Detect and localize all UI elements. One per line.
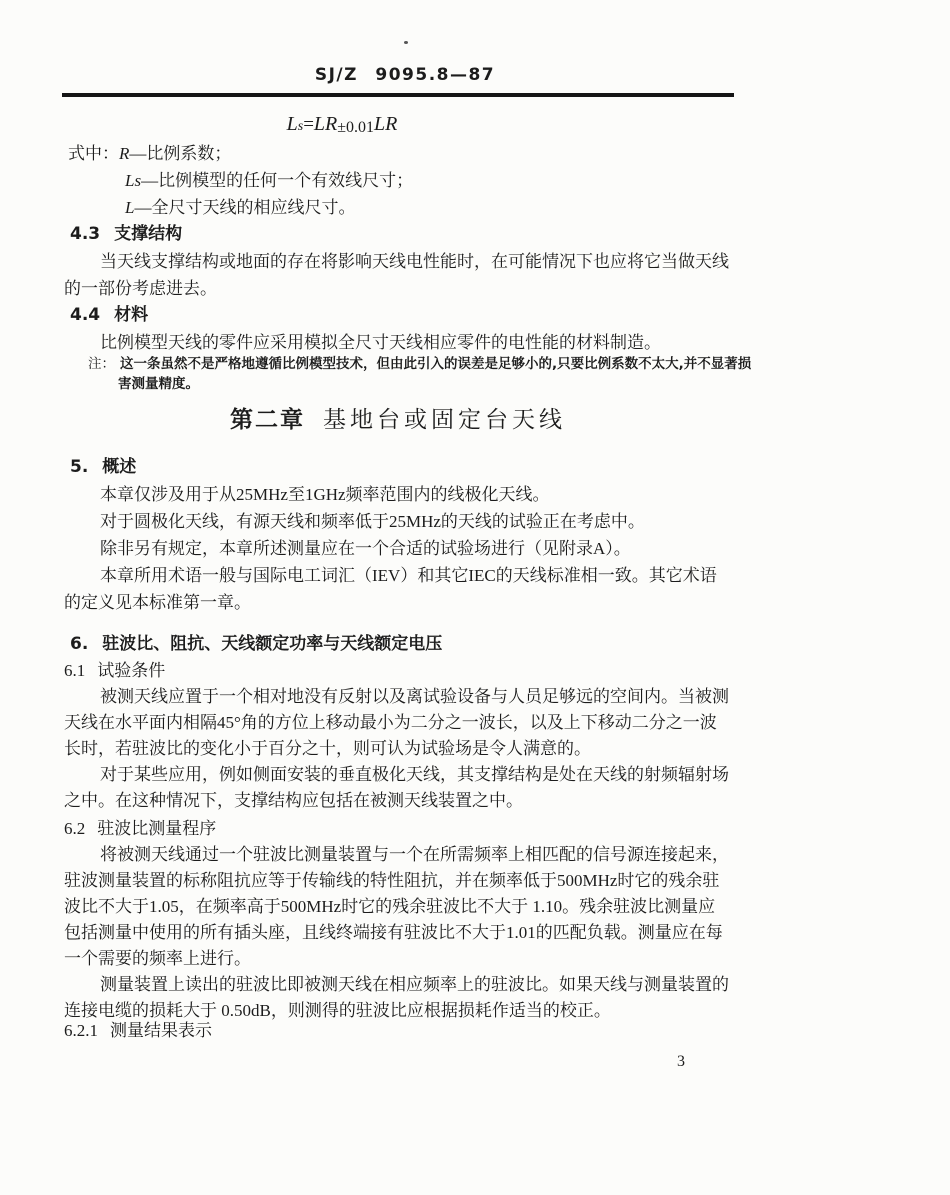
note-line: 注：这一条虽然不是严格地遵循比例模型技术，但由此引入的误差是足够小的,只要比例系… bbox=[88, 354, 950, 374]
section-4-3-paragraph: 当天线支撑结构或地面的存在将影响天线电性能时，在可能情况下也应将它当做天线 的一… bbox=[64, 248, 950, 302]
body-line: 波比不大于1.05，在频率高于500MHz时它的残余驻波比不大于 1.10。残余… bbox=[64, 894, 950, 920]
where-label: 式中： bbox=[68, 144, 119, 163]
page-number: 3 bbox=[677, 1053, 685, 1071]
body-line: 驻波测量装置的标称阻抗应等于传输线的特性阻抗，并在频率低于500MHz时它的残余… bbox=[64, 868, 950, 894]
section-5-paragraphs: 本章仅涉及用于从25MHz至1GHz频率范围内的线极化天线。 对于圆极化天线，有… bbox=[64, 481, 950, 616]
section-title: 材料 bbox=[114, 305, 148, 325]
formula-term-LR: LR bbox=[314, 113, 337, 135]
section-6-1-paragraphs: 被测天线应置于一个相对地没有反射以及离试验设备与人员足够远的空间内。当被测 天线… bbox=[64, 684, 950, 814]
section-heading-4-3: 4.3支撑结构 bbox=[70, 221, 950, 248]
section-number: 6.2.1 bbox=[64, 1021, 98, 1040]
formula-equals: = bbox=[303, 114, 314, 135]
definition-line-Ls: Ls—比例模型的任何一个有效线尺寸； bbox=[125, 167, 950, 194]
section-4-4-paragraph: 比例模型天线的零件应采用模拟全尺寸天线相应零件的电性能的材料制造。 bbox=[64, 329, 950, 356]
section-heading-6-1: 6.1试验条件 bbox=[64, 658, 950, 684]
section-title: 支撑结构 bbox=[114, 224, 182, 244]
body-line: 比例模型天线的零件应采用模拟全尺寸天线相应零件的电性能的材料制造。 bbox=[64, 329, 950, 356]
scaling-formula: Ls=LR±0.01LR bbox=[0, 111, 817, 138]
definition-text: —全尺寸天线的相应线尺寸。 bbox=[134, 198, 355, 217]
body-line: 本章所用术语一般与国际电工词汇（IEV）和其它IEC的天线标准相一致。其它术语 bbox=[64, 562, 950, 589]
body-line: 之中。在这种情况下，支撑结构应包括在被测天线装置之中。 bbox=[64, 788, 950, 814]
body-line: 测量装置上读出的驻波比即被测天线在相应频率上的驻波比。如果天线与测量装置的 bbox=[64, 972, 950, 998]
body-line: 对于某些应用，例如侧面安装的垂直极化天线，其支撑结构是处在天线的射频辐射场 bbox=[64, 762, 950, 788]
section-title: 驻波比测量程序 bbox=[97, 819, 216, 838]
scanned-document-page: SJ/Z 9095.8—87 Ls=LR±0.01LR 式中：R—比例系数； L… bbox=[0, 0, 950, 1195]
note-block: 注：这一条虽然不是严格地遵循比例模型技术，但由此引入的误差是足够小的,只要比例系… bbox=[88, 354, 950, 394]
symbol-Ls: Ls bbox=[125, 171, 141, 190]
body-line: 的定义见本标准第一章。 bbox=[64, 589, 950, 616]
section-number: 6.2 bbox=[64, 819, 85, 838]
symbol-R: R bbox=[119, 144, 129, 163]
formula-var-L: L bbox=[287, 113, 298, 135]
section-heading-6-2: 6.2驻波比测量程序 bbox=[64, 816, 950, 842]
body-line: 对于圆极化天线，有源天线和频率低于25MHz的天线的试验正在考虑中。 bbox=[64, 508, 950, 535]
formula-definitions: 式中：R—比例系数； Ls—比例模型的任何一个有效线尺寸； L—全尺寸天线的相应… bbox=[68, 140, 950, 221]
section-number: 6. bbox=[70, 634, 88, 654]
body-line: 长时，若驻波比的变化小于百分之十，则可认为试验场是令人满意的。 bbox=[64, 736, 950, 762]
chapter-number: 第二章 bbox=[230, 407, 305, 433]
standard-number: SJ/Z 9095.8—87 bbox=[0, 0, 880, 86]
header-rule bbox=[62, 93, 734, 97]
section-heading-6: 6.驻波比、阻抗、天线额定功率与天线额定电压 bbox=[70, 631, 950, 658]
section-heading-4-4: 4.4材料 bbox=[70, 302, 950, 329]
body-line: 除非另有规定，本章所述测量应在一个合适的试验场进行（见附录A）。 bbox=[64, 535, 950, 562]
definition-text: —比例系数； bbox=[129, 144, 231, 163]
body-line: 的一部份考虑进去。 bbox=[64, 275, 950, 302]
body-line: 本章仅涉及用于从25MHz至1GHz频率范围内的线极化天线。 bbox=[64, 481, 950, 508]
section-number: 5. bbox=[70, 457, 88, 477]
section-number: 6.1 bbox=[64, 661, 85, 680]
formula-term-LR-2: LR bbox=[374, 113, 397, 135]
definition-text: —比例模型的任何一个有效线尺寸； bbox=[141, 171, 413, 190]
body-line: 当天线支撑结构或地面的存在将影响天线电性能时，在可能情况下也应将它当做天线 bbox=[64, 248, 950, 275]
definition-line-R: 式中：R—比例系数； bbox=[68, 140, 950, 167]
section-title: 测量结果表示 bbox=[110, 1021, 212, 1040]
section-heading-5: 5.概述 bbox=[70, 454, 950, 481]
section-number: 4.3 bbox=[70, 224, 100, 244]
section-title: 驻波比、阻抗、天线额定功率与天线额定电压 bbox=[102, 634, 442, 654]
note-line: 害测量精度。 bbox=[118, 374, 950, 394]
section-title: 概述 bbox=[102, 457, 136, 477]
formula-tolerance: ±0.01 bbox=[337, 119, 374, 136]
section-title: 试验条件 bbox=[97, 661, 165, 680]
chapter-title: 基地台或固定台天线 bbox=[323, 407, 566, 432]
body-line: 天线在水平面内相隔45°角的方位上移动最小为二分之一波长，以及上下移动二分之一波 bbox=[64, 710, 950, 736]
note-text: 这一条虽然不是严格地遵循比例模型技术，但由此引入的误差是足够小的,只要比例系数不… bbox=[120, 356, 751, 372]
body-line: 包括测量中使用的所有插头座，且线终端接有驻波比不大于1.01的匹配负载。测量应在… bbox=[64, 920, 950, 946]
section-6-2-paragraphs: 将被测天线通过一个驻波比测量装置与一个在所需频率上相匹配的信号源连接起来， 驻波… bbox=[64, 842, 950, 1024]
body-line: 一个需要的频率上进行。 bbox=[64, 946, 950, 972]
body-line: 被测天线应置于一个相对地没有反射以及离试验设备与人员足够远的空间内。当被测 bbox=[64, 684, 950, 710]
chapter-heading: 第二章基地台或固定台天线 bbox=[0, 402, 873, 438]
definition-line-L: L—全尺寸天线的相应线尺寸。 bbox=[125, 194, 950, 221]
section-number: 4.4 bbox=[70, 305, 100, 325]
note-label: 注： bbox=[88, 356, 115, 372]
body-line: 将被测天线通过一个驻波比测量装置与一个在所需频率上相匹配的信号源连接起来， bbox=[64, 842, 950, 868]
